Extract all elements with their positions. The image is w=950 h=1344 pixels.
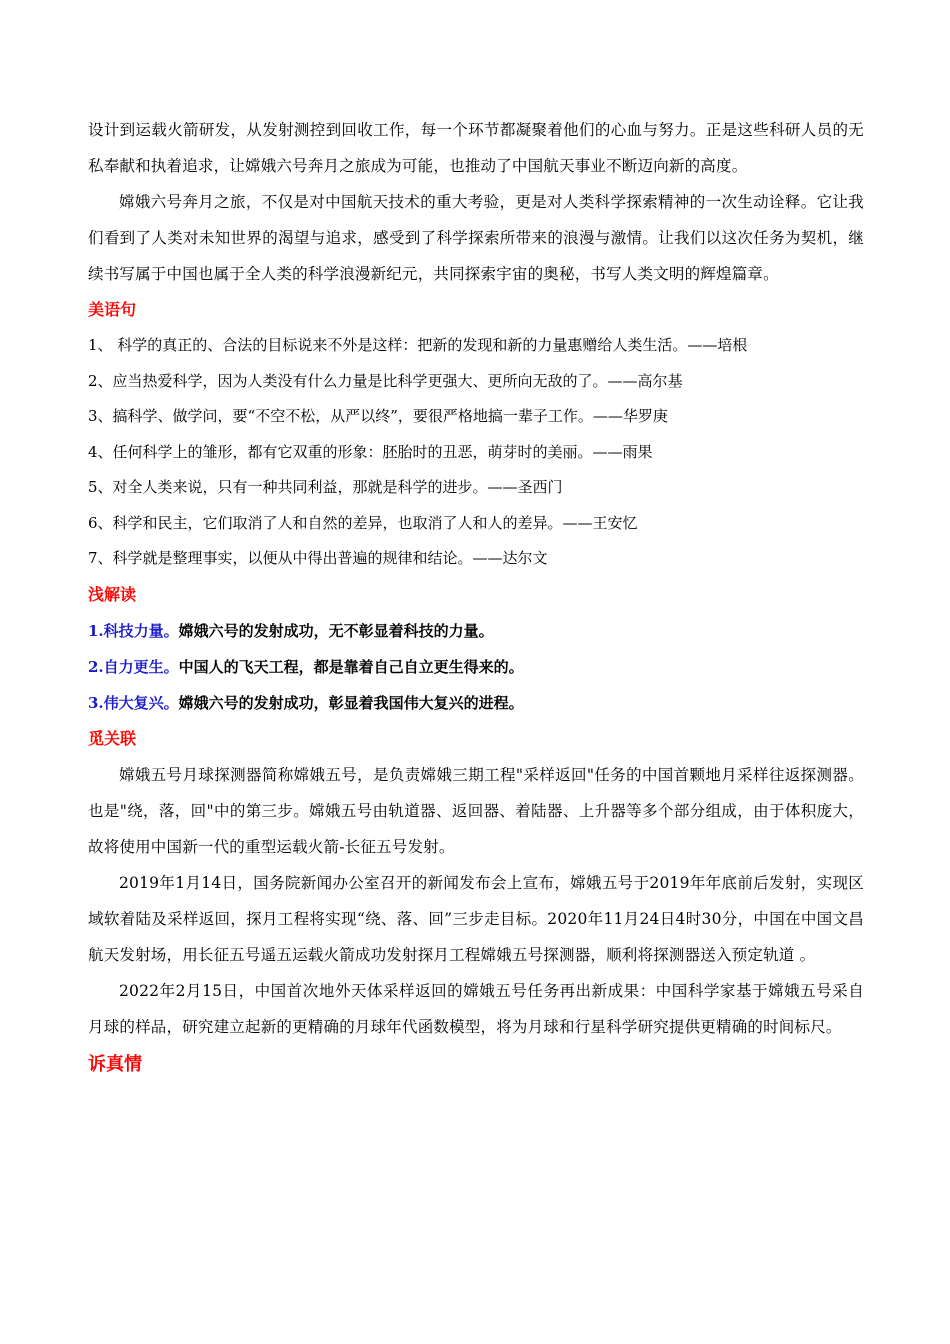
reading-item-text: 中国人的飞天工程，都是靠着自己自立更生得来的。 (179, 658, 524, 676)
quote-item: 6、科学和民主，它们取消了人和自然的差异，也取消了人和人的差异。——王安忆 (88, 506, 864, 542)
reading-item-text: 嫦娥六号的发射成功，无不彰显着科技的力量。 (179, 622, 494, 640)
reading-item: 1.科技力量。嫦娥六号的发射成功，无不彰显着科技的力量。 (88, 613, 864, 649)
quotes-heading: 美语句 (88, 292, 864, 328)
quote-item: 3、搞科学、做学问，要“不空不松，从严以终”，要很严格地搞一辈子工作。——华罗庚 (88, 399, 864, 435)
reading-heading: 浅解读 (88, 577, 864, 613)
intro-paragraph-1: 设计到运载火箭研发，从发射测控到回收工作，每一个环节都凝聚着他们的心血与努力。正… (88, 112, 864, 184)
reading-item: 2.自力更生。中国人的飞天工程，都是靠着自己自立更生得来的。 (88, 649, 864, 685)
reading-item-text: 嫦娥六号的发射成功，彰显着我国伟大复兴的进程。 (179, 694, 524, 712)
reading-item-label: 1.科技力量。 (88, 622, 179, 640)
emotion-heading: 诉真情 (88, 1045, 864, 1085)
quote-item: 5、对全人类来说，只有一种共同利益，那就是科学的进步。——圣西门 (88, 470, 864, 506)
document-page: 设计到运载火箭研发，从发射测控到回收工作，每一个环节都凝聚着他们的心血与努力。正… (88, 112, 864, 1085)
quote-item: 1、 科学的真正的、合法的目标说来不外是这样：把新的发现和新的力量惠赠给人类生活… (88, 328, 864, 364)
related-paragraph-3: 2022年2月15日，中国首次地外天体采样返回的嫦娥五号任务再出新成果：中国科学… (88, 973, 864, 1045)
reading-item-label: 2.自力更生。 (88, 658, 179, 676)
reading-item: 3.伟大复兴。嫦娥六号的发射成功，彰显着我国伟大复兴的进程。 (88, 685, 864, 721)
related-paragraph-2: 2019年1月14日，国务院新闻办公室召开的新闻发布会上宣布，嫦娥五号于2019… (88, 865, 864, 973)
related-paragraph-1: 嫦娥五号月球探测器简称嫦娥五号，是负责嫦娥三期工程"采样返回"任务的中国首颗地月… (88, 757, 864, 865)
related-heading: 觅关联 (88, 721, 864, 757)
quote-item: 2、应当热爱科学，因为人类没有什么力量是比科学更强大、更所向无敌的了。——高尔基 (88, 364, 864, 400)
reading-item-label: 3.伟大复兴。 (88, 694, 179, 712)
quote-item: 7、科学就是整理事实，以便从中得出普遍的规律和结论。——达尔文 (88, 541, 864, 577)
quote-item: 4、任何科学上的雏形，都有它双重的形象：胚胎时的丑恶，萌芽时的美丽。——雨果 (88, 435, 864, 471)
intro-paragraph-2: 嫦娥六号奔月之旅，不仅是对中国航天技术的重大考验，更是对人类科学探索精神的一次生… (88, 184, 864, 292)
